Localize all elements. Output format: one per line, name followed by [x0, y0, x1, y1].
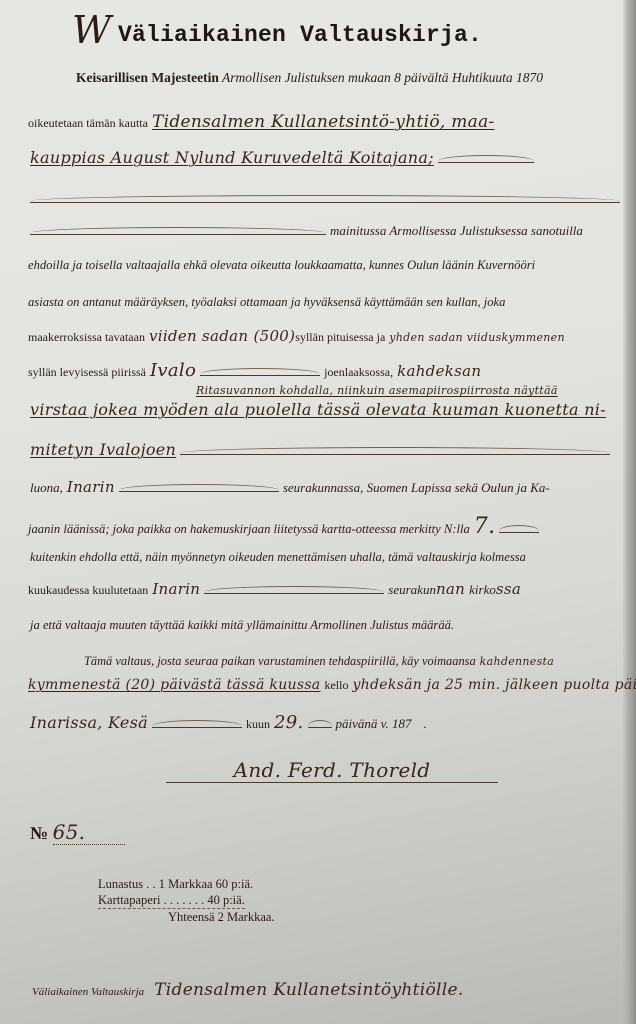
decree-bold: Keisarillisen Majesteetin: [76, 70, 219, 85]
dimensions-label: maakerroksissa tavataan: [28, 330, 145, 344]
blank-fill: [438, 156, 534, 163]
footer-line: Väliaikainen Valtauskirja Tidensalmen Ku…: [32, 980, 464, 1000]
effective-day: kahdennesta: [480, 655, 554, 668]
parish-line: luona, Inarin seurakunnassa, Suomen Lapi…: [30, 478, 550, 497]
location-line: syllän levyisessä piirissä Ivalo joenlaa…: [28, 360, 481, 381]
grant-label: oikeutetaan tämän kautta: [28, 116, 148, 130]
valley-label: joenlaaksossa,: [324, 365, 393, 379]
fee-row: Lunastus . . 1 Markkaa 60 p:iä.: [98, 876, 275, 892]
grantee-line: oikeutetaan tämän kautta Tidensalmen Kul…: [28, 112, 495, 132]
condition-line: kuitenkin ehdolla että, näin myönnetyn o…: [30, 550, 526, 565]
announcement-parish: Inarin: [152, 580, 200, 598]
year-dot: .: [423, 716, 426, 731]
blank-fill: [152, 721, 242, 728]
blank-fill: [119, 485, 279, 492]
signature: And. Ferd. Thoreld: [234, 758, 431, 782]
blank-fill: [30, 228, 326, 235]
location-insertion: Ritasuvannon kohdalla, niinkuin asemapii…: [196, 381, 558, 399]
length-label: syllän pituisessa ja: [295, 330, 385, 344]
conditions-line: ehdoilla ja toisella valtaajalla ehkä ol…: [28, 258, 535, 273]
place-date-line: Inarissa, Kesä kuun 29. päivänä v. 187 .: [30, 712, 427, 733]
time-label: kello: [324, 678, 348, 692]
location-label: syllän levyisessä piirissä: [28, 365, 146, 379]
blank-fill: [200, 369, 320, 376]
grantee-representative: kauppias August Nylund Kuruvedeltä Koita…: [30, 148, 434, 167]
decree-reference-line: mainitussa Armollisessa Julistuksessa sa…: [30, 222, 583, 240]
blank-fill: [180, 448, 610, 455]
number-value: 65.: [53, 820, 126, 845]
effective-time: yhdeksän ja 25 min. jälkeen puolta päivä…: [352, 677, 636, 693]
location-line-2: virstaa jokea myöden ala puolella tässä …: [30, 400, 606, 420]
certificate-number: № 65.: [30, 820, 125, 844]
length-value: viiden sadan (500): [149, 327, 295, 345]
handwritten-title-mark: W: [72, 8, 111, 52]
effective-clause: Tämä valtaus, josta seuraa paikan varust…: [84, 654, 476, 668]
location-description: virstaa jokea myöden ala puolella tässä …: [30, 400, 606, 419]
congregation-label: seurakun: [388, 582, 436, 597]
effective-line: Tämä valtaus, josta seuraa paikan varust…: [84, 652, 554, 670]
blank-fill: [308, 721, 332, 728]
decree-line: Keisarillisen Majesteetin Armollisen Jul…: [76, 70, 543, 86]
blank-fill: [30, 196, 620, 203]
month-suffix: kuun: [246, 717, 270, 731]
blank-fill: [499, 526, 539, 533]
year-label: päivänä v. 187: [336, 716, 412, 731]
distance-value: kahdeksan: [397, 362, 481, 380]
parish-name: Inarin: [67, 478, 115, 496]
parish-suffix: seurakunnassa, Suomen Lapissa sekä Oulun…: [283, 480, 550, 495]
footer-recipient: Tidensalmen Kullanetsintöyhtiölle.: [154, 980, 463, 1000]
announcement-label: kuukaudessa kuulutetaan: [28, 583, 148, 597]
location-insertion-text: Ritasuvannon kohdalla, niinkuin asemapii…: [196, 384, 558, 397]
footer-label: Väliaikainen Valtauskirja: [32, 986, 144, 998]
effective-line-2: kymmenestä (20) päivästä tässä kuussa ke…: [28, 676, 636, 694]
conditions-line-2: asiasta on antanut määräyksen, työalaksi…: [28, 295, 505, 310]
blank-line: [30, 190, 620, 208]
fee-total: Yhteensä 2 Markkaa.: [98, 909, 275, 925]
obligation-line: ja että valtaaja muuten täyttää kaikki m…: [30, 618, 454, 633]
fee-row: Karttapaperi . . . . . . . 40 p:iä.: [98, 892, 245, 909]
signature-line: And. Ferd. Thoreld: [166, 758, 498, 783]
church-suffix: ssa: [496, 580, 521, 598]
document-title: Väliaikainen Valtauskirja.: [118, 22, 482, 48]
church-label: kirko: [469, 582, 496, 597]
decree-reference: mainitussa Armollisessa Julistuksessa sa…: [330, 223, 583, 238]
grantee-name: Tidensalmen Kullanetsintö-yhtiö, maa-: [152, 112, 495, 132]
congregation-suffix: nan: [436, 580, 465, 598]
river-name: Ivalo: [150, 360, 196, 381]
fee-table: Lunastus . . 1 Markkaa 60 p:iä. Karttapa…: [98, 876, 275, 925]
parish-prefix: luona,: [30, 480, 63, 495]
place-month: Inarissa, Kesä: [30, 713, 148, 732]
location-line-3: mitetyn Ivalojoen: [30, 440, 610, 460]
blank-fill: [204, 587, 384, 594]
number-label: №: [30, 823, 48, 843]
scan-edge-shadow: [622, 0, 636, 1024]
announcement-line: kuukaudessa kuulutetaan Inarin seurakunn…: [28, 580, 521, 599]
dimensions-line: maakerroksissa tavataan viiden sadan (50…: [28, 327, 565, 346]
map-reference-line: jaanin läänissä; joka paikka on hakemusk…: [28, 514, 539, 539]
day-value: 29.: [274, 712, 304, 733]
map-reference: jaanin läänissä; joka paikka on hakemusk…: [28, 522, 470, 536]
river-reference: mitetyn Ivalojoen: [30, 440, 176, 459]
effective-date: kymmenestä (20) päivästä tässä kuussa: [28, 677, 320, 693]
map-number: 7.: [474, 514, 496, 539]
decree-italic: Armollisen Julistuksen mukaan 8 päivältä…: [222, 70, 543, 85]
width-value: yhden sadan viiduskymmenen: [389, 331, 565, 344]
grantee-line-2: kauppias August Nylund Kuruvedeltä Koita…: [30, 148, 534, 168]
